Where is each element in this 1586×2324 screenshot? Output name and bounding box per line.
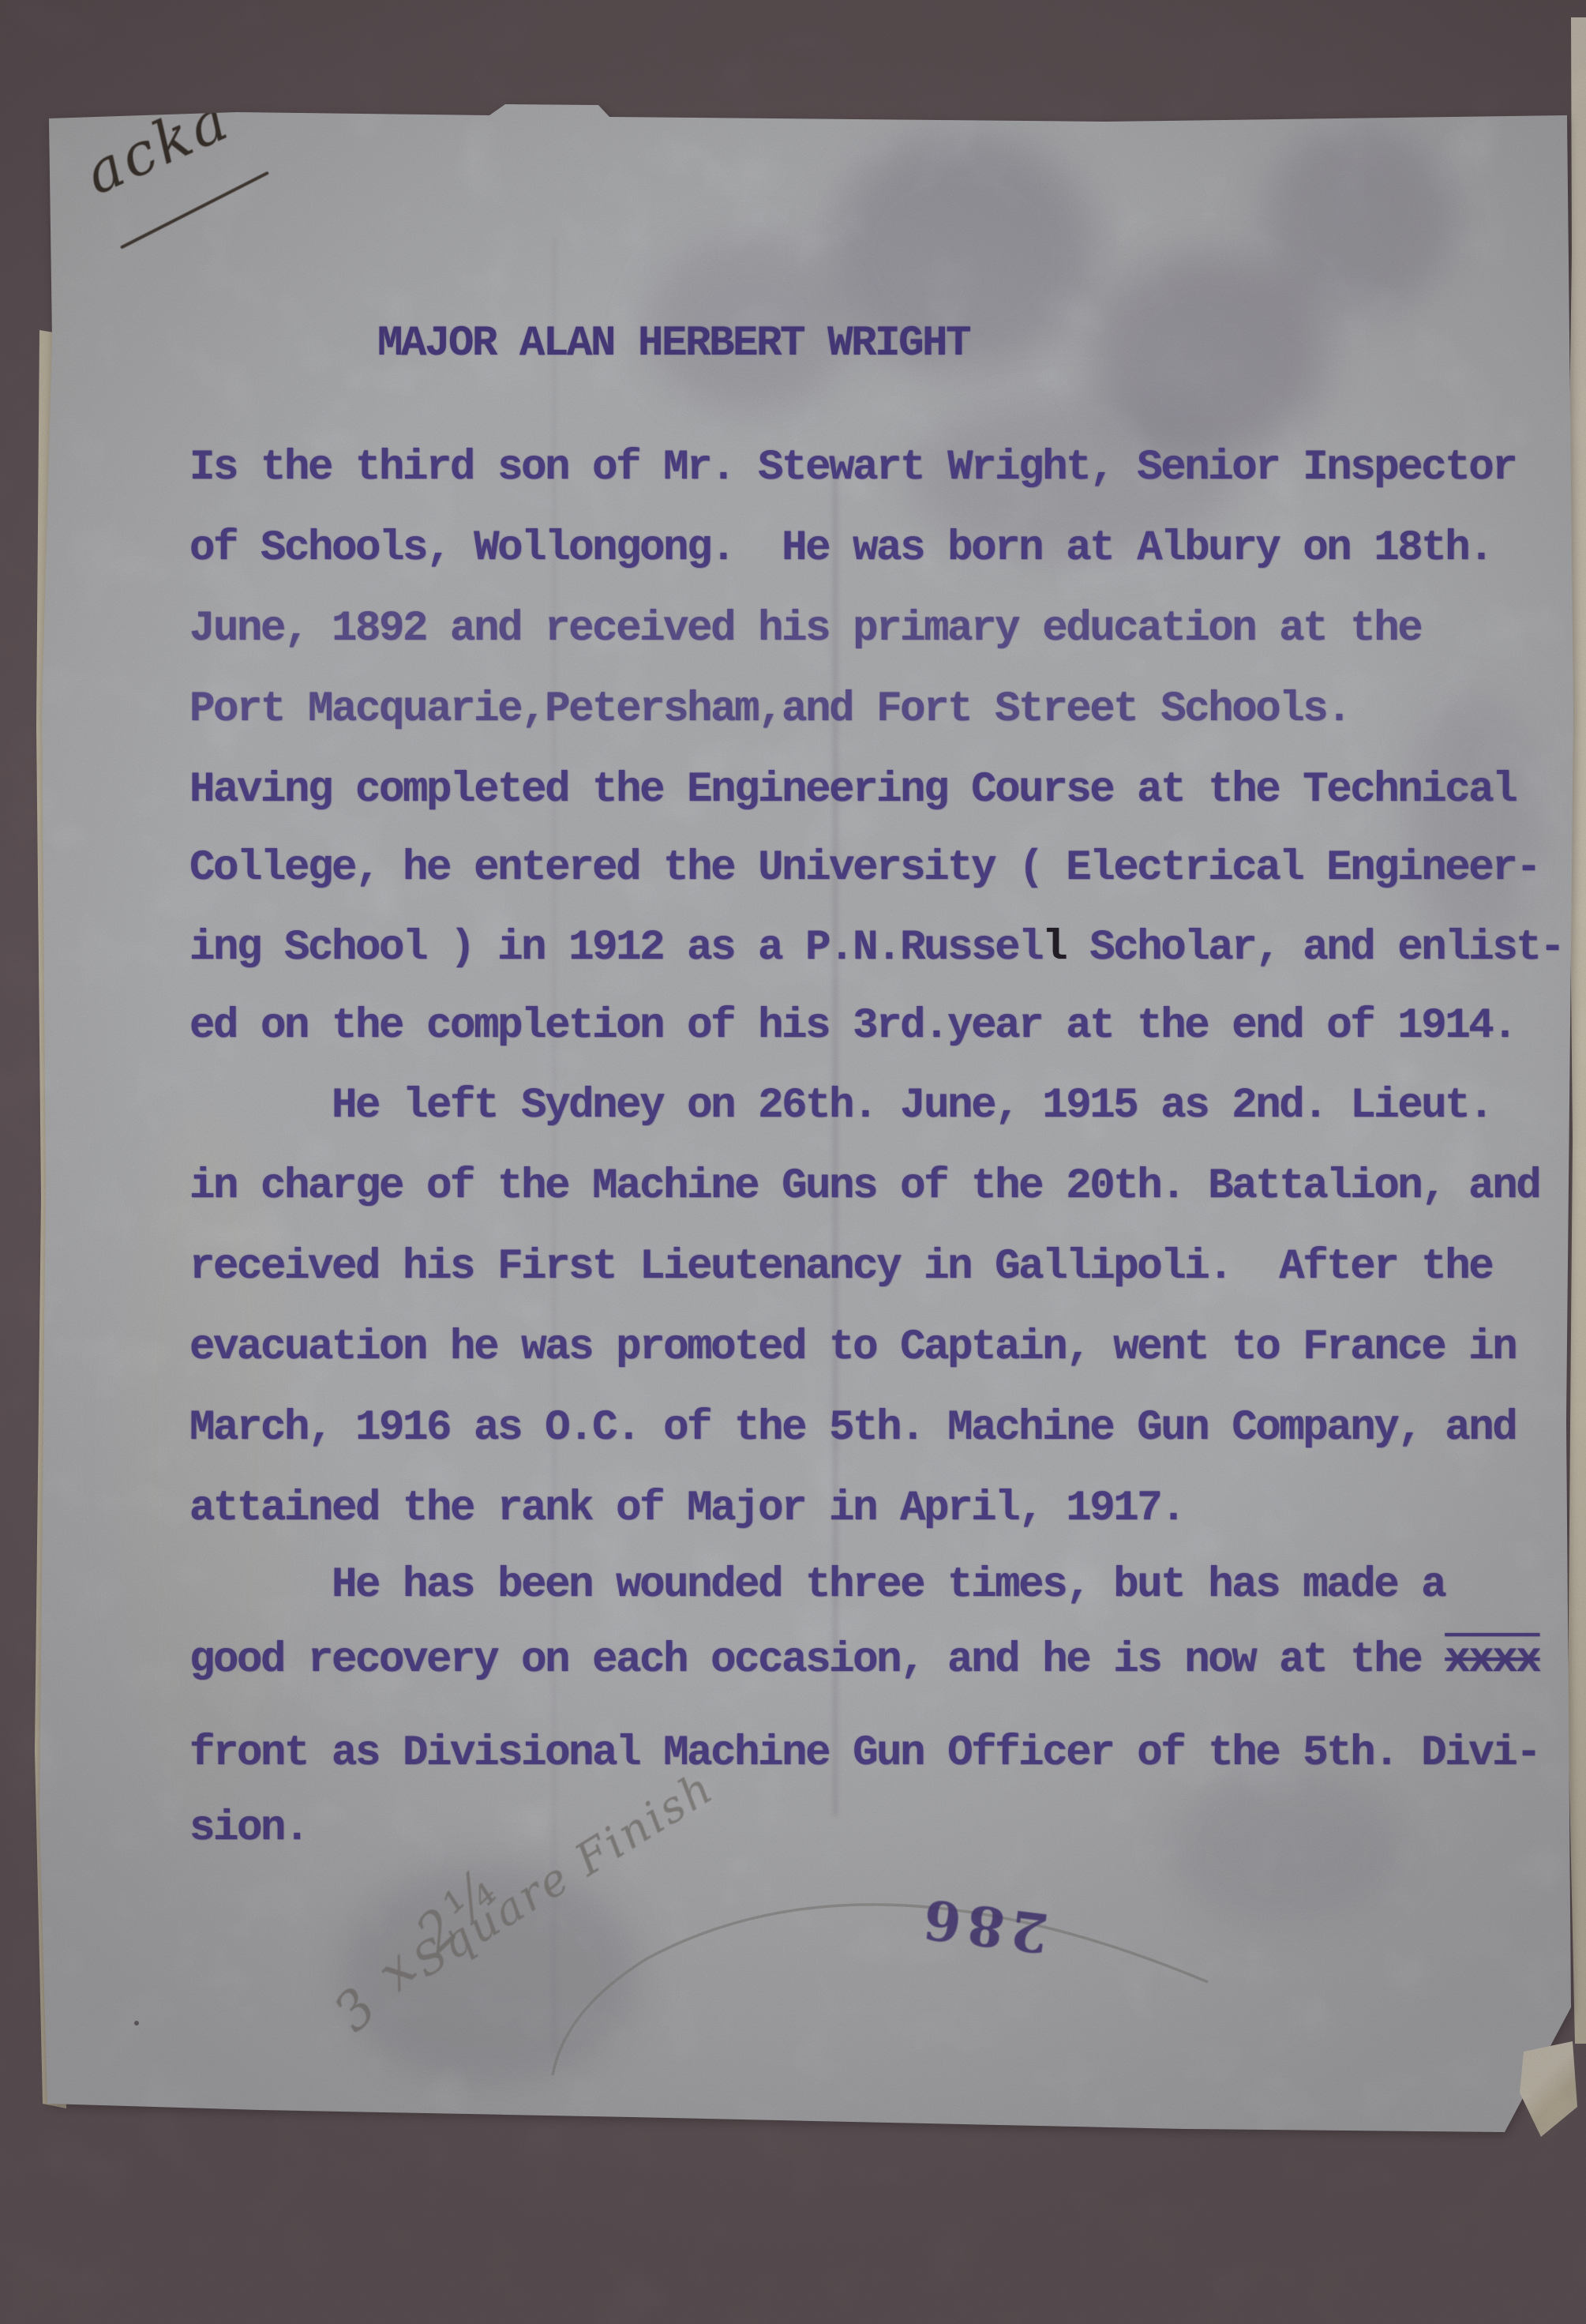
- stain: [1168, 1769, 1405, 1927]
- ink-speck: [134, 2021, 139, 2026]
- typed-line: evacuation he was promoted to Captain, w…: [189, 1327, 1516, 1369]
- typed-text: good recovery on each occasion, and he i…: [189, 1636, 1445, 1684]
- struck-out-text: xxxx: [1445, 1636, 1539, 1684]
- typed-line: ed on the completion of his 3rd.year at …: [189, 1005, 1516, 1048]
- typed-line: College, he entered the University ( Ele…: [189, 847, 1539, 890]
- typed-line: Is the third son of Mr. Stewart Wright, …: [189, 447, 1516, 490]
- typed-line: good recovery on each occasion, and he i…: [189, 1639, 1539, 1682]
- handwritten-annotation: acka: [75, 85, 240, 208]
- typed-line: June, 1892 and received his primary educ…: [189, 608, 1421, 651]
- typed-line: front as Divisional Machine Gun Officer …: [189, 1733, 1539, 1775]
- typed-text: ing School ) in 1912 as a P.N.Russel: [189, 924, 1042, 972]
- typed-text: l: [1042, 924, 1066, 972]
- typed-line: Having completed the Engineering Course …: [189, 769, 1516, 812]
- typed-line: ing School ) in 1912 as a P.N.Russell Sc…: [189, 927, 1563, 970]
- photo-mount-background: acka MAJOR ALAN HERBERT WRIGHT Is the th…: [0, 0, 1586, 2324]
- typed-document-paper: acka MAJOR ALAN HERBERT WRIGHT Is the th…: [0, 0, 1586, 2324]
- number-stamp: 286: [919, 1887, 1052, 1965]
- stain: [118, 1106, 292, 1816]
- typed-line: in charge of the Machine Guns of the 20t…: [189, 1166, 1539, 1208]
- typed-text: Scholar, and enlist-: [1066, 924, 1563, 972]
- typed-line: sion.: [189, 1808, 308, 1850]
- paper-wrapper: acka MAJOR ALAN HERBERT WRIGHT Is the th…: [0, 0, 1586, 2324]
- stain: [1405, 695, 1539, 948]
- paper-crease: [553, 237, 556, 2053]
- stain: [1089, 253, 1326, 458]
- typed-line: He has been wounded three times, but has…: [189, 1564, 1445, 1607]
- typed-line: Port Macquarie,Petersham,and Fort Street…: [189, 689, 1350, 731]
- typed-line: He left Sydney on 26th. June, 1915 as 2n…: [189, 1085, 1492, 1128]
- stain: [1263, 126, 1453, 316]
- typed-line: attained the rank of Major in April, 191…: [189, 1488, 1184, 1530]
- typed-line: March, 1916 as O.C. of the 5th. Machine …: [189, 1407, 1516, 1450]
- document-title: MAJOR ALAN HERBERT WRIGHT: [377, 323, 969, 366]
- typed-line: received his First Lieutenancy in Gallip…: [189, 1246, 1492, 1289]
- typed-line: of Schools, Wollongong. He was born at A…: [189, 527, 1492, 570]
- paper-crease: [833, 458, 838, 1816]
